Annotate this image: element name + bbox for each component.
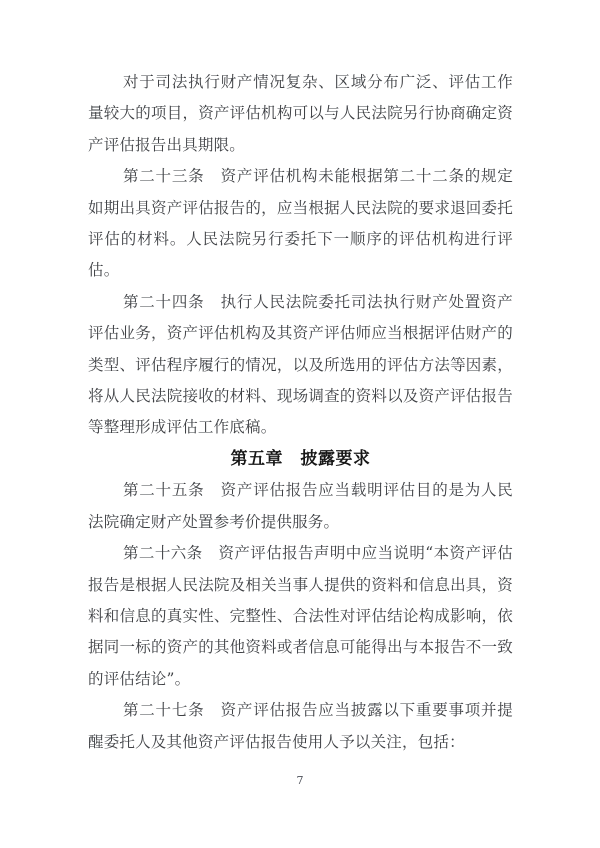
paragraph-article-27: 第二十七条 资产评估报告应当披露以下重要事项并提醒委托人及其他资产评估报告使用人… (88, 695, 513, 758)
paragraph-article-24: 第二十四条 执行人民法院委托司法执行财产处置资产评估业务，资产评估机构及其资产评… (88, 287, 513, 444)
document-page: 对于司法执行财产情况复杂、区域分布广泛、评估工作量较大的项目，资产评估机构可以与… (0, 0, 600, 848)
chapter-5-heading: 第五章 披露要求 (88, 444, 513, 475)
paragraph-deadline-negotiation: 对于司法执行财产情况复杂、区域分布广泛、评估工作量较大的项目，资产评估机构可以与… (88, 67, 513, 161)
paragraph-article-23: 第二十三条 资产评估机构未能根据第二十二条的规定如期出具资产评估报告的，应当根据… (88, 161, 513, 287)
paragraph-article-25: 第二十五条 资产评估报告应当载明评估目的是为人民法院确定财产处置参考价提供服务。 (88, 475, 513, 538)
page-number: 7 (0, 774, 600, 788)
paragraph-article-26: 第二十六条 资产评估报告声明中应当说明“本资产评估报告是根据人民法院及相关当事人… (88, 538, 513, 695)
